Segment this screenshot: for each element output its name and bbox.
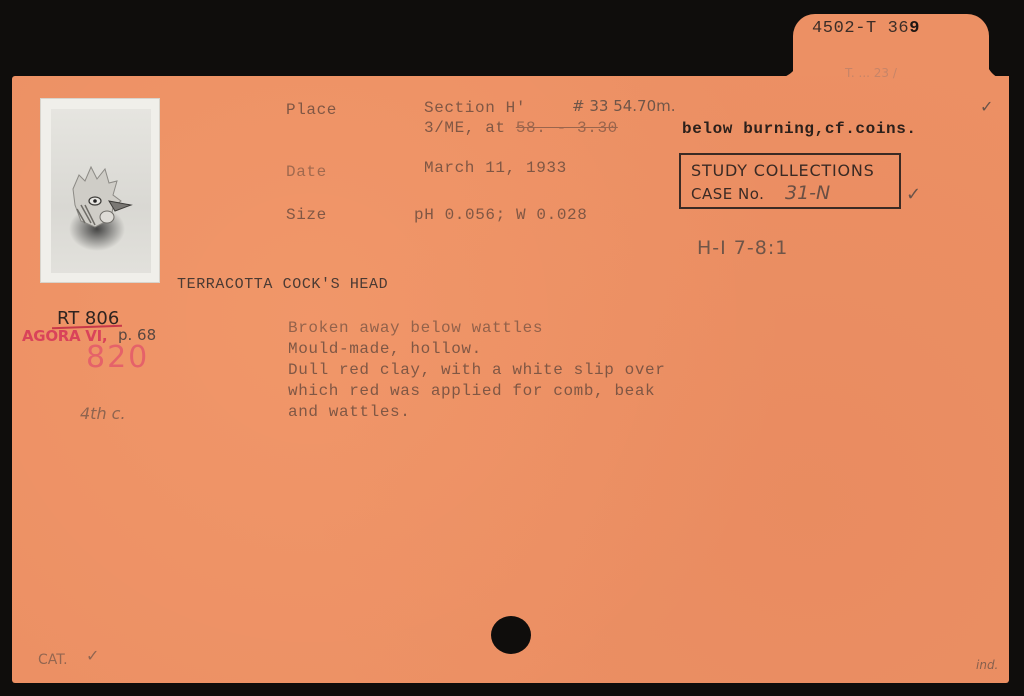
place-section: Section H' [424, 99, 526, 117]
place-label: Place [286, 101, 337, 119]
catalog-number: 4502-T 369 [812, 19, 920, 38]
punch-hole [491, 616, 531, 654]
description-line: Dull red clay, with a white slip over [288, 360, 665, 381]
description-line: and wattles. [288, 402, 665, 423]
place-elevation-note: # 33 54.70m. [572, 97, 676, 115]
artifact-photo [40, 98, 160, 283]
description: Broken away below wattles Mould-made, ho… [288, 318, 665, 423]
study-collections-stamp: STUDY COLLECTIONS CASE No. 31-N [679, 153, 901, 209]
cock-head-icon [51, 109, 151, 273]
agora-catalog-number: 820 [86, 340, 149, 375]
stamp-case-label: CASE No. [691, 185, 764, 203]
location-code: H-I 7-8:1 [697, 237, 788, 259]
description-line: which red was applied for comb, beak [288, 381, 665, 402]
date-label: Date [286, 163, 327, 181]
place-context: below burning,cf.coins. [682, 120, 917, 138]
size-value: pH 0.056; W 0.028 [414, 206, 587, 224]
checkmark-icon: ✓ [86, 646, 99, 665]
ind-note: ind. [976, 658, 998, 672]
description-line: Broken away below wattles [288, 318, 665, 339]
stamp-case-value: 31-N [785, 182, 830, 204]
century-note: 4th c. [80, 404, 126, 423]
tab-faint-note: T. ... 23 / [845, 66, 897, 80]
size-label: Size [286, 206, 327, 224]
object-title: TERRACOTTA COCK'S HEAD [177, 276, 388, 293]
checkmark-icon: ✓ [980, 97, 993, 116]
date-value: March 11, 1933 [424, 159, 567, 177]
description-line: Mould-made, hollow. [288, 339, 665, 360]
cat-note: CAT. [38, 652, 68, 668]
checkmark-icon: ✓ [906, 184, 921, 205]
place-line2: 3/ME, at 58. - 3.30 [424, 119, 618, 137]
stamp-title: STUDY COLLECTIONS [691, 161, 875, 180]
tab-shoulder [986, 40, 1010, 80]
